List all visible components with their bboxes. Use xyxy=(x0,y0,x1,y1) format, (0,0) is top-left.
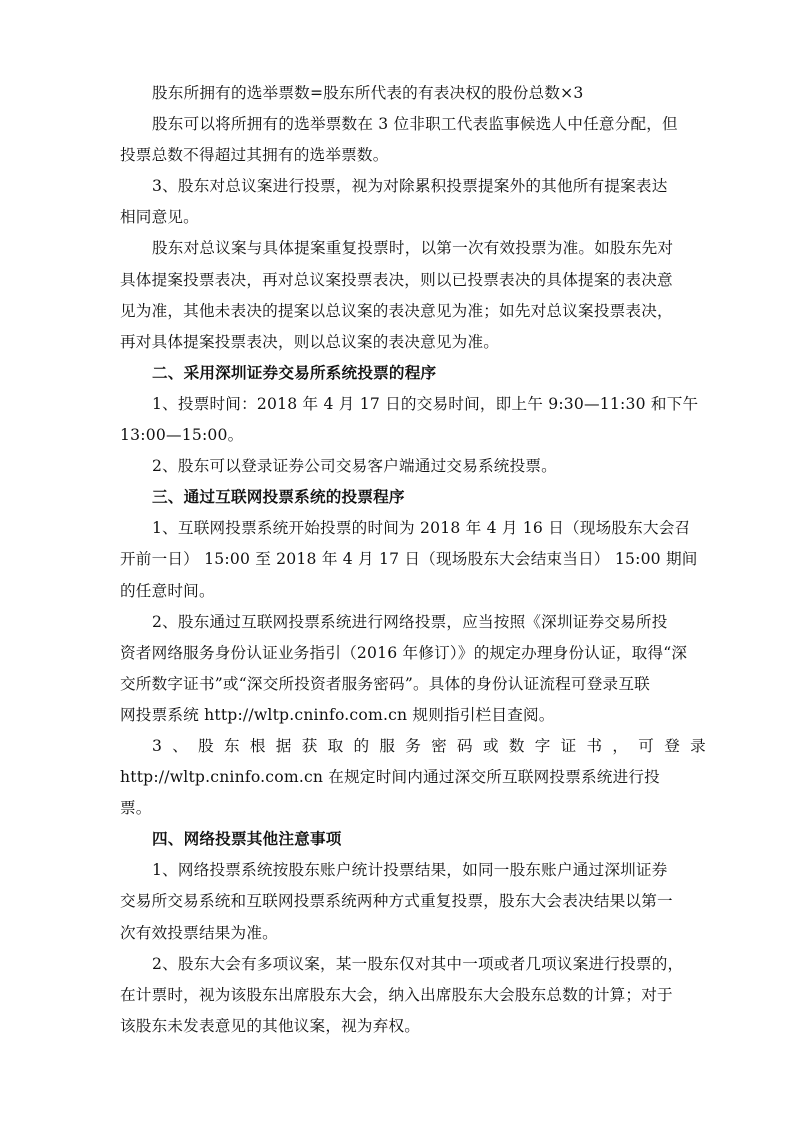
paragraph-line: 2、股东大会有多项议案，某一股东仅对其中一项或者几项议案进行投票的， xyxy=(120,949,674,980)
paragraph-line-with-url: http://wltp.cninfo.com.cn 在规定时间内通过深交所互联网… xyxy=(120,762,674,793)
paragraph-line: 在计票时，视为该股东出席股东大会，纳入出席股东大会股东总数的计算；对于 xyxy=(120,980,674,1011)
paragraph-line: 股东可以将所拥有的选举票数在 3 位非职工代表监事候选人中任意分配，但 xyxy=(120,109,674,140)
document-page: 股东所拥有的选举票数=股东所代表的有表决权的股份总数×3 股东可以将所拥有的选举… xyxy=(120,78,674,1042)
paragraph-line: 1、投票时间：2018 年 4 月 17 日的交易时间，即上午 9:30—11:… xyxy=(120,389,674,420)
paragraph-line: 股东对总议案与具体提案重复投票时，以第一次有效投票为准。如股东先对 xyxy=(120,233,674,264)
section-heading-shenzhen-exchange-voting: 二、采用深圳证券交易所系统投票的程序 xyxy=(120,358,674,389)
paragraph-line: 1、网络投票系统按股东账户统计投票结果，如同一股东账户通过深圳证券 xyxy=(120,855,674,886)
paragraph-line: 13:00—15:00。 xyxy=(120,420,674,451)
paragraph-line: 相同意见。 xyxy=(120,202,674,233)
paragraph-line: 交易所交易系统和互联网投票系统两种方式重复投票，股东大会表决结果以第一 xyxy=(120,886,674,917)
paragraph-line: 2、股东通过互联网投票系统进行网络投票，应当按照《深圳证券交易所投 xyxy=(120,607,674,638)
paragraph-line: 再对具体提案投票表决，则以总议案的表决意见为准。 xyxy=(120,327,674,358)
paragraph-line: 股东所拥有的选举票数=股东所代表的有表决权的股份总数×3 xyxy=(120,78,674,109)
section-heading-internet-voting: 三、通过互联网投票系统的投票程序 xyxy=(120,482,674,513)
paragraph-line: 3、股东对总议案进行投票，视为对除累积投票提案外的其他所有提案表达 xyxy=(120,171,674,202)
paragraph-line: 该股东未发表意见的其他议案，视为弃权。 xyxy=(120,1011,674,1042)
paragraph-line: 投票总数不得超过其拥有的选举票数。 xyxy=(120,140,674,171)
paragraph-line-with-url: 网投票系统 http://wltp.cninfo.com.cn 规则指引栏目查阅… xyxy=(120,700,674,731)
paragraph-line: 次有效投票结果为准。 xyxy=(120,918,674,949)
paragraph-line: 3、股东根据获取的服务密码或数字证书，可登录 xyxy=(120,731,674,762)
paragraph-line: 票。 xyxy=(120,793,674,824)
paragraph-line: 开前一日） 15:00 至 2018 年 4 月 17 日（现场股东大会结束当日… xyxy=(120,544,674,575)
paragraph-line: 交所数字证书”或“深交所投资者服务密码”。具体的身份认证流程可登录互联 xyxy=(120,669,674,700)
paragraph-line: 的任意时间。 xyxy=(120,576,674,607)
paragraph-line: 具体提案投票表决，再对总议案投票表决，则以已投票表决的具体提案的表决意 xyxy=(120,265,674,296)
paragraph-line: 见为准，其他未表决的提案以总议案的表决意见为准；如先对总议案投票表决， xyxy=(120,296,674,327)
paragraph-line: 1、互联网投票系统开始投票的时间为 2018 年 4 月 16 日（现场股东大会… xyxy=(120,513,674,544)
paragraph-line: 资者网络服务身份认证业务指引（2016 年修订）》的规定办理身份认证，取得“深 xyxy=(120,638,674,669)
paragraph-line: 2、股东可以登录证券公司交易客户端通过交易系统投票。 xyxy=(120,451,674,482)
section-heading-other-notes: 四、网络投票其他注意事项 xyxy=(120,824,674,855)
